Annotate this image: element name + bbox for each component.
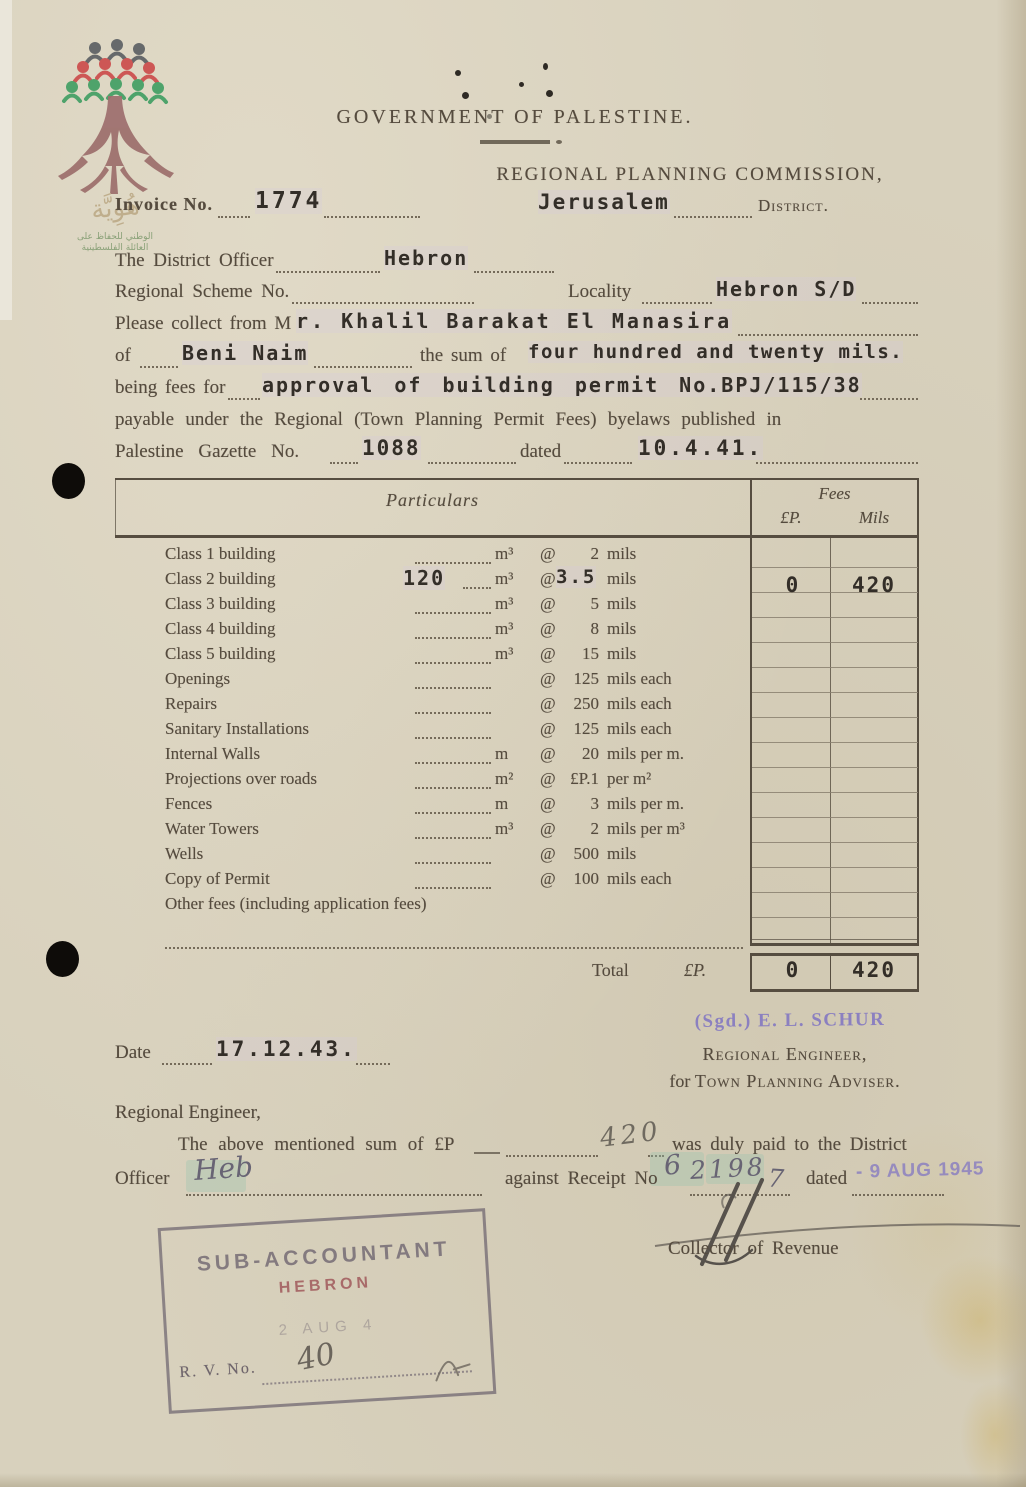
sum-label: the sum of [420, 345, 506, 367]
leader [356, 1061, 390, 1065]
paper-stain [960, 1380, 1026, 1487]
leader [330, 460, 358, 464]
total-label: Total [592, 960, 629, 981]
total-lp-typed: 0 [775, 958, 811, 982]
locality-label: Locality [568, 281, 631, 303]
leader [140, 364, 178, 368]
sum-handwritten: 420 [598, 1116, 663, 1153]
adviser-title: Town Planning Adviser. [695, 1071, 901, 1091]
total-mils-typed: 420 [843, 958, 905, 982]
leader [415, 635, 491, 639]
row-rate: 125 [553, 719, 599, 739]
officer-handwritten: Heb [193, 1150, 254, 1187]
logo-canopy-people [64, 39, 166, 102]
date-typed: 17.12.43. [216, 1037, 357, 1061]
row-label: Class 3 building [165, 594, 276, 614]
engineer-title: Regional Engineer, [620, 1044, 950, 1065]
ink-speck [462, 92, 469, 99]
leader [415, 685, 491, 689]
stamp-flourish [426, 1344, 478, 1387]
gazette-number-typed: 1088 [362, 436, 421, 460]
leader [415, 760, 491, 764]
leader [314, 364, 412, 368]
scheme-label: Regional Scheme No. [115, 281, 289, 303]
logo-trunk [58, 96, 174, 194]
ink-speck [546, 90, 553, 97]
scan-edge-bottom [0, 1473, 1026, 1487]
row-label: Openings [165, 669, 230, 689]
row-label: Internal Walls [165, 744, 260, 764]
fee-mils-typed: 420 [843, 573, 905, 597]
row-unit: m [495, 794, 508, 814]
row-rate: 2 [553, 819, 599, 839]
row-rate-unit: mils each [607, 719, 672, 739]
row-rate-unit: mils [607, 569, 636, 589]
fees-rule [752, 692, 918, 693]
fees-rule [752, 892, 918, 893]
row-rate-unit: mils [607, 644, 636, 664]
invoice-no-label: Invoice No. [115, 194, 213, 215]
row-rate: 20 [553, 744, 599, 764]
row-label: Water Towers [165, 819, 259, 839]
fees-for-label: being fees for [115, 377, 225, 399]
gazette-date-typed: 10.4.41. [638, 436, 763, 460]
row-rate: 125 [553, 669, 599, 689]
paid-line2: was duly paid to the District [672, 1134, 907, 1156]
table-row: Other fees (including application fees) [115, 894, 765, 919]
table-row: Openings@125mils each [115, 669, 765, 694]
leader [474, 269, 554, 273]
leader [292, 300, 474, 304]
row-rate: 2 [553, 544, 599, 564]
row-rate-unit: mils each [607, 694, 672, 714]
leader [415, 610, 491, 614]
gazette-dated-label: dated [520, 441, 561, 463]
sub-accountant-stamp: SUB-ACCOUNTANT HEBRON 2 AUG 4 R. V. No. … [158, 1208, 497, 1414]
leader [415, 710, 491, 714]
total-box-bottom [750, 989, 919, 992]
row-label: Class 1 building [165, 544, 276, 564]
leader [186, 1192, 482, 1196]
fees-for-typed: approval of building permit No.BPJ/115/3… [262, 373, 862, 397]
collector-label: Collector of Revenue [668, 1238, 839, 1260]
leader [415, 660, 491, 664]
officer-label: Officer [115, 1168, 170, 1190]
table-row [115, 929, 765, 954]
collect-from-typed: r. Khalil Barakat El Manasira [296, 309, 732, 333]
leader [463, 585, 491, 589]
punch-hole [46, 941, 79, 977]
row-unit: m³ [495, 644, 513, 664]
fees-rule [752, 642, 918, 643]
fee-lp-typed: 0 [775, 573, 811, 597]
leader [415, 735, 491, 739]
particulars-header: Particulars [115, 490, 750, 511]
leader [415, 810, 491, 814]
table-row: Sanitary Installations@125mils each [115, 719, 765, 744]
gazette-label: Palestine Gazette No. [115, 441, 299, 463]
leader [218, 214, 250, 218]
row-rate: 500 [553, 844, 599, 864]
total-box-right [917, 953, 919, 991]
invoice-number-typed: 1774 [255, 188, 322, 214]
scanned-invoice-document: هُوِيَّة الوطني للحفاظ على العائلة الفلس… [0, 0, 1026, 1487]
punch-hole [52, 463, 85, 499]
district-officer-typed: Hebron [384, 246, 468, 270]
rv-number-handwritten: 40 [294, 1336, 338, 1378]
leader [862, 300, 918, 304]
leader [642, 300, 712, 304]
total-box-left [750, 953, 752, 991]
collector-signature [600, 1168, 1026, 1278]
table-row: Class 3 buildingm³@5mils [115, 594, 765, 619]
total-box-top [750, 953, 919, 956]
fees-rule [752, 842, 918, 843]
leader [506, 1153, 598, 1157]
row-label: Repairs [165, 694, 217, 714]
leader [415, 860, 491, 864]
fees-rule [752, 617, 918, 618]
table-row: Internal Wallsm@20mils per m. [115, 744, 765, 769]
row-rate-unit: per m² [607, 769, 651, 789]
row-unit: m³ [495, 544, 513, 564]
table-row: Wells@500mils [115, 844, 765, 869]
payable-line: payable under the Regional (Town Plannin… [115, 409, 781, 431]
fees-rule [752, 567, 918, 568]
row-rate: 100 [553, 869, 599, 889]
date-label: Date [115, 1042, 151, 1064]
table-row: Water Towersm³@2mils per m³ [115, 819, 765, 844]
total-currency: £P. [684, 960, 706, 981]
row-unit: m³ [495, 569, 513, 589]
fees-rule [752, 917, 918, 918]
fees-rule [752, 767, 918, 768]
commission-title: REGIONAL PLANNING COMMISSION, [450, 164, 930, 186]
fees-rule [752, 792, 918, 793]
district-officer-label: The District Officer [115, 250, 274, 272]
title-underline [480, 140, 550, 144]
leader [674, 214, 752, 218]
row-rate: £P.1 [553, 769, 599, 789]
leader [415, 785, 491, 789]
table-border-right [917, 478, 919, 946]
leader [415, 885, 491, 889]
receipt-heading: Regional Engineer, [115, 1102, 261, 1124]
row-unit: m³ [495, 619, 513, 639]
row-label: Class 5 building [165, 644, 276, 664]
leader [415, 835, 491, 839]
row-unit: m² [495, 769, 513, 789]
fees-bottom-rule-b [751, 943, 918, 946]
district-value-typed: Jerusalem [538, 190, 670, 214]
row-label: Copy of Permit [165, 869, 270, 889]
row-rate: 15 [553, 644, 599, 664]
page-title: GOVERNMENT OF PALESTINE. [300, 106, 730, 129]
leader [228, 396, 260, 400]
row-rate-unit: mils per m. [607, 794, 684, 814]
ink-speck [543, 63, 548, 70]
fees-rule [752, 717, 918, 718]
table-header-rule [115, 535, 918, 538]
adviser-prefix: for [669, 1071, 690, 1091]
row-rate-unit: mils per m³ [607, 819, 685, 839]
row-rate-unit: mils [607, 844, 636, 864]
stamp-rv-label: R. V. No. [179, 1359, 257, 1382]
fees-rule [752, 667, 918, 668]
leader [428, 460, 516, 464]
leader [564, 460, 632, 464]
ink-speck [519, 82, 524, 87]
leader [756, 460, 918, 464]
district-label: District. [758, 196, 829, 216]
row-at-sign: @ [540, 569, 556, 589]
table-row: Repairs@250mils each [115, 694, 765, 719]
table-border-top [115, 478, 918, 480]
scan-edge-left [0, 0, 12, 320]
table-row: Class 2 building120m³@3.5mils [115, 569, 765, 594]
row-rate: 8 [553, 619, 599, 639]
sgd-stamp: (Sgd.) E. L. SCHUR [660, 1009, 920, 1034]
dotted-leader [165, 945, 743, 949]
row-label: Class 2 building [165, 569, 276, 589]
adviser-title-line: for Town Planning Adviser. [620, 1071, 950, 1092]
fees-header: Fees [752, 484, 917, 504]
row-label: Wells [165, 844, 203, 864]
collect-from-label: Please collect from M [115, 313, 291, 335]
leader [162, 1061, 212, 1065]
row-rate-unit: mils [607, 619, 636, 639]
row-rate: 5 [553, 594, 599, 614]
paid-dash [474, 1152, 500, 1154]
row-label: Sanitary Installations [165, 719, 309, 739]
row-label: Projections over roads [165, 769, 317, 789]
title-underline-dot [556, 140, 562, 144]
table-row: Class 5 buildingm³@15mils [115, 644, 765, 669]
ink-speck [455, 70, 461, 76]
leader [738, 332, 918, 336]
row-rate: 3 [553, 794, 599, 814]
row-rate-unit: mils each [607, 869, 672, 889]
table-row: Projections over roadsm²@£P.1per m² [115, 769, 765, 794]
sum-typed: four hundred and twenty mils. [528, 341, 903, 363]
fees-rule [752, 742, 918, 743]
locality-typed: Hebron S/D [716, 277, 856, 301]
table-row: Fencesm@3mils per m. [115, 794, 765, 819]
row-rate-unit: mils [607, 544, 636, 564]
typed-rate: 3.5 [556, 566, 596, 588]
row-unit: m³ [495, 594, 513, 614]
fees-bottom-rule-a [751, 939, 918, 940]
of-label: of [115, 345, 131, 367]
row-label: Class 4 building [165, 619, 276, 639]
row-rate-unit: mils per m. [607, 744, 684, 764]
row-rate: 250 [553, 694, 599, 714]
fees-col-lp: £P. [752, 508, 830, 528]
leader [324, 214, 420, 218]
table-row: Class 4 buildingm³@8mils [115, 619, 765, 644]
typed-quantity: 120 [403, 566, 445, 590]
leader [860, 396, 918, 400]
row-rate-unit: mils [607, 594, 636, 614]
row-label: Other fees (including application fees) [165, 894, 427, 914]
fees-rule [752, 817, 918, 818]
row-unit: m³ [495, 819, 513, 839]
leader [415, 560, 491, 564]
fees-rule [752, 867, 918, 868]
row-label: Fences [165, 794, 212, 814]
row-rate-unit: mils each [607, 669, 672, 689]
row-unit: m [495, 744, 508, 764]
fees-col-mils: Mils [832, 508, 916, 528]
leader [276, 269, 380, 273]
logo-caption-line1: الوطني للحفاظ على [50, 232, 180, 243]
table-row: Copy of Permit@100mils each [115, 869, 765, 894]
of-typed: Beni Naim [182, 341, 308, 365]
total-box-mid [830, 953, 831, 991]
